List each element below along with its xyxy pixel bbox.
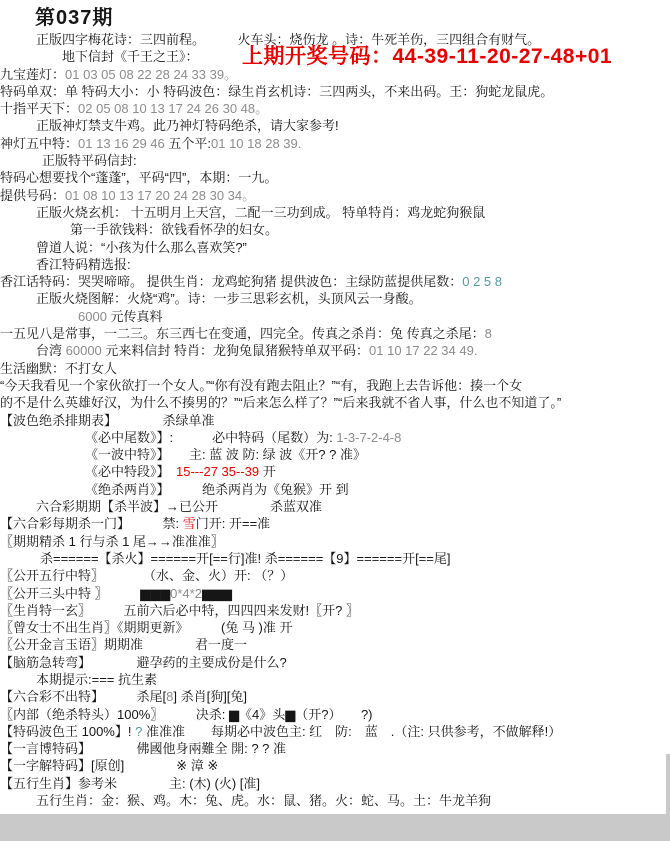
text-segment: 十指平天下： — [0, 101, 78, 116]
text-line: 【六合彩不出特】 杀尾[8] 杀肖[狗][兔] — [0, 688, 670, 705]
text-line: 本期提示:=== 抗生素 — [0, 671, 670, 688]
text-segment: 01 10 17 22 34 49. — [369, 343, 477, 358]
text-line: 【一字解特码】[原创] ※ 漳 ※ — [0, 757, 670, 774]
text-segment: 15---27 35--39 — [176, 464, 259, 479]
text-segment: 正版火烧图解：火烧“鸡”。诗：一步三思彩玄机，头顶风云一身酸。 — [36, 291, 422, 306]
text-segment: 五行生肖：金：猴、鸡。木：兔、虎。水：鼠、猪。火：蛇、马。土：牛龙羊狗 — [36, 793, 491, 808]
text-segment: ▆▆▆ — [140, 586, 170, 601]
text-line: 【脑筋急转弯】 避孕药的主要成份是什么? — [0, 654, 670, 671]
text-line: 《必中尾数》】: 必中特码（尾数）为: 1-3-7-2-4-8 — [0, 429, 670, 446]
scan-right-edge — [666, 754, 670, 814]
text-line: 《必中特段》】 15---27 35--39 开 — [0, 463, 670, 480]
text-line: 正版特平码信封: — [0, 152, 670, 169]
text-line: 曾道人说：“小孩为什么那么喜欢笑?” — [0, 239, 670, 256]
last-draw-numbers: 上期开奖号码：44-39-11-20-27-48+01 — [242, 40, 612, 70]
text-line: 〖内部（绝杀特头）100%〗 决杀: ▆《4》头▆（开?） ?) — [0, 706, 670, 723]
text-segment: 香江特码精选报: — [36, 257, 131, 272]
text-segment: ▆ — [285, 707, 295, 722]
text-line: 〖生肖特一玄〗 五前六后必中特，四四四来发财!〖开? 〗 — [0, 602, 670, 619]
text-segment: 特码心想要找个“蓬蓬”，平码“四”，本期：一九。 — [0, 170, 277, 185]
text-segment: 正版神灯禁支牛鸡。此乃神灯特码绝杀，请大家参考! — [36, 118, 339, 133]
text-line: 香江特码精选报: — [0, 256, 670, 273]
text-segment: 〖期期精杀 1 行与杀 1 尾→→准准准〗 — [0, 534, 224, 549]
text-segment: 曾道人说：“小孩为什么那么喜欢笑?” — [36, 240, 247, 255]
text-line: 〖公开金言玉语〗期期准 君一度一 — [0, 636, 670, 653]
text-line: 正版火烧图解：火烧“鸡”。诗：一步三思彩玄机，头顶风云一身酸。 — [0, 290, 670, 307]
text-segment: 1-3-7-2-4-8 — [336, 430, 401, 445]
text-line: 6000 元传真料 — [0, 308, 670, 325]
text-line: 〖期期精杀 1 行与杀 1 尾→→准准准〗 — [0, 533, 670, 550]
text-segment: 《一波中特》】 主: 蓝 波 防: 绿 波《开? ? 准》 — [85, 447, 366, 462]
text-segment: 01 08 10 13 17 20 24 28 30 34。 — [65, 188, 255, 203]
text-segment: 正版特平码信封: — [42, 153, 137, 168]
text-segment: 开 — [259, 464, 276, 479]
text-line: 【五行生肖】参考米 主: (木) (火) [准] — [0, 775, 670, 792]
text-line: 特码单双：单 特码大小：小 特码波色：绿生肖玄机诗：三四两头，不来出码。王：狗蛇… — [0, 83, 670, 100]
text-line: 六合彩期期【杀半波】→已公开 杀蓝双准 — [0, 498, 670, 515]
text-segment: 门开: 开==准 — [196, 516, 270, 531]
scanned-document: 第037期 正版四字梅花诗：三四前程。 火车头：烧伤龙 。诗：牛死羊伤，三四组合… — [0, 5, 670, 809]
text-segment: 地下信封《千王之王》： — [62, 49, 199, 64]
text-segment: 【特码波色王 100%】! — [0, 724, 135, 739]
text-line: 一五见八是常事，一二三。东三西七在变通，四完全。传真之杀肖：兔 传真之杀尾：8 — [0, 325, 670, 342]
text-segment: 提供号码： — [0, 188, 65, 203]
text-segment: 雪 — [183, 516, 196, 531]
text-line: 神灯五中特：01 13 16 29 46 五个平:01 10 18 28 39. — [0, 135, 670, 152]
text-line: “今天我看见一个家伙欲打一个女人。”“你有没有跑去阻止？”“有，我跑上去告诉他：… — [0, 377, 670, 394]
text-segment: 《必中尾数》】: 必中特码（尾数）为: — [85, 430, 336, 445]
text-segment: 准准准 每期必中波色主: 红 防: 蓝 .（注: 只供参考，不做解释!） — [142, 724, 561, 739]
text-segment: 〖公开三头中特 〗 — [0, 586, 140, 601]
text-line: 〖曾女士不出生肖〗《期期更新》 (兔 马 )准 开 — [0, 619, 670, 636]
text-segment: 元传真料 — [107, 309, 163, 324]
text-segment: 6000 — [78, 309, 107, 324]
text-segment: 0 2 5 8 — [462, 274, 502, 289]
text-line: 香江话特码：哭哭啼啼。 提供生肖：龙鸡蛇狗猪 提供波色：主绿防蓝提供尾数：0 2… — [0, 273, 670, 290]
text-segment: 特码单双：单 特码大小：小 特码波色：绿生肖玄机诗：三四两头，不来出码。王：狗蛇… — [0, 84, 553, 99]
text-segment: 杀======【杀火】======开[==行]准! 杀======【9】====… — [40, 551, 450, 566]
text-segment: 生活幽默：不打女人 — [0, 361, 117, 376]
text-segment: “今天我看见一个家伙欲打一个女人。”“你有没有跑去阻止？”“有，我跑上去告诉他：… — [0, 378, 522, 393]
text-segment: ▆ — [229, 707, 239, 722]
text-segment: 8 — [485, 326, 492, 341]
text-segment: 本期提示:=== 抗生素 — [36, 672, 157, 687]
text-line: 【六合彩每期杀一门】 禁: 雪门开: 开==准 — [0, 515, 670, 532]
text-line: 【一言博特码】 佛國他身兩難全 開: ? ? 准 — [0, 740, 670, 757]
text-segment: 0*4*2 — [170, 586, 202, 601]
text-line: 提供号码：01 08 10 13 17 20 24 28 30 34。 — [0, 187, 670, 204]
text-line: 杀======【杀火】======开[==行]准! 杀======【9】====… — [0, 550, 670, 567]
text-segment: 台湾 — [36, 343, 66, 358]
text-segment: 01 03 05 08 22 28 24 33 39。 — [65, 67, 237, 82]
text-segment: 〖公开金言玉语〗期期准 君一度一 — [0, 637, 247, 652]
text-line: 《绝杀两肖》】 绝杀两肖为《兔猴》开 到 — [0, 481, 670, 498]
text-segment: 【六合彩不出特】 杀尾[ — [0, 689, 166, 704]
scan-bottom-margin — [0, 814, 670, 841]
document-body: 正版四字梅花诗：三四前程。 火车头：烧伤龙 。诗：牛死羊伤，三四组合有财气。地下… — [0, 31, 670, 809]
text-segment: 【五行生肖】参考米 主: (木) (火) [准] — [0, 776, 260, 791]
text-segment: ] 杀肖[狗][兔] — [173, 689, 247, 704]
text-segment: 《绝杀两肖》】 绝杀两肖为《兔猴》开 到 — [85, 482, 349, 497]
text-segment: 香江话特码：哭哭啼啼。 提供生肖：龙鸡蛇狗猪 提供波色：主绿防蓝提供尾数： — [0, 274, 462, 289]
text-line: 台湾 60000 元来料信封 特肖：龙狗兔鼠猪猴特单双平码：01 10 17 2… — [0, 342, 670, 359]
text-segment: 正版火烧玄机： 十五明月上天宫，二配一三功到成。 特单特肖：鸡龙蛇狗猴鼠 — [36, 205, 485, 220]
text-line: 第一手欲钱料：欲钱看怀孕的妇女。 — [0, 221, 670, 238]
text-segment: 01 10 18 28 39. — [211, 136, 301, 151]
text-segment: 〖内部（绝杀特头）100%〗 决杀: — [0, 707, 229, 722]
text-segment: 五个平: — [168, 136, 211, 151]
text-line: 十指平天下：02 05 08 10 13 17 24 26 30 48。 — [0, 100, 670, 117]
text-segment: 第一手欲钱料：欲钱看怀孕的妇女。 — [70, 222, 278, 237]
text-segment: 《必中特段》】 — [85, 464, 176, 479]
text-segment: 〖生肖特一玄〗 五前六后必中特，四四四来发财!〖开? 〗 — [0, 603, 359, 618]
text-line: 《一波中特》】 主: 蓝 波 防: 绿 波《开? ? 准》 — [0, 446, 670, 463]
text-segment: 九宝莲灯： — [0, 67, 65, 82]
text-line: 特码心想要找个“蓬蓬”，平码“四”，本期：一九。 — [0, 169, 670, 186]
issue-number-title: 第037期 — [0, 5, 670, 31]
text-segment: ▆▆▆ — [202, 586, 232, 601]
text-segment: 〖曾女士不出生肖〗《期期更新》 (兔 马 )准 开 — [0, 620, 293, 635]
text-segment: 02 05 08 10 13 17 24 26 30 48。 — [78, 101, 268, 116]
text-line: 【波色绝杀排期表】 杀绿单准 — [0, 412, 670, 429]
text-line: 生活幽默：不打女人 — [0, 360, 670, 377]
text-line: 的不是什么英雄好汉，为什么不揍男的？”“后来怎么样了？”“后来我就不省人事，什么… — [0, 394, 670, 411]
text-segment: 六合彩期期【杀半波】→已公开 杀蓝双准 — [36, 499, 322, 514]
text-segment: 【一言博特码】 佛國他身兩難全 開: ? ? 准 — [0, 741, 286, 756]
text-segment: 【一字解特码】[原创] ※ 漳 ※ — [0, 758, 218, 773]
text-segment: 元来料信封 特肖：龙狗兔鼠猪猴特单双平码： — [102, 343, 369, 358]
text-segment: 一五见八是常事，一二三。东三西七在变通，四完全。传真之杀肖：兔 传真之杀尾： — [0, 326, 485, 341]
text-segment: 【脑筋急转弯】 避孕药的主要成份是什么? — [0, 655, 287, 670]
text-line: 正版火烧玄机： 十五明月上天宫，二配一三功到成。 特单特肖：鸡龙蛇狗猴鼠 — [0, 204, 670, 221]
text-segment: 《4》头 — [239, 707, 285, 722]
text-line: 〖公开五行中特〗 （水、金、火）开: （？） — [0, 567, 670, 584]
text-segment: （开?） ?) — [295, 707, 372, 722]
text-line: 正版神灯禁支牛鸡。此乃神灯特码绝杀，请大家参考! — [0, 117, 670, 134]
text-segment: 01 13 16 29 46 — [78, 136, 168, 151]
text-segment: 60000 — [66, 343, 102, 358]
text-line: 五行生肖：金：猴、鸡。木：兔、虎。水：鼠、猪。火：蛇、马。土：牛龙羊狗 — [0, 792, 670, 809]
text-line: 〖公开三头中特 〗 ▆▆▆0*4*2▆▆▆ — [0, 585, 670, 602]
text-segment: 的不是什么英雄好汉，为什么不揍男的？”“后来怎么样了？”“后来我就不省人事，什么… — [0, 395, 561, 410]
text-segment: 【波色绝杀排期表】 杀绿单准 — [0, 413, 215, 428]
text-segment: 〖公开五行中特〗 （水、金、火）开: （？） — [0, 568, 293, 583]
text-segment: 神灯五中特： — [0, 136, 78, 151]
text-line: 【特码波色王 100%】! ? 准准准 每期必中波色主: 红 防: 蓝 .（注:… — [0, 723, 670, 740]
text-segment: 【六合彩每期杀一门】 禁: — [0, 516, 183, 531]
